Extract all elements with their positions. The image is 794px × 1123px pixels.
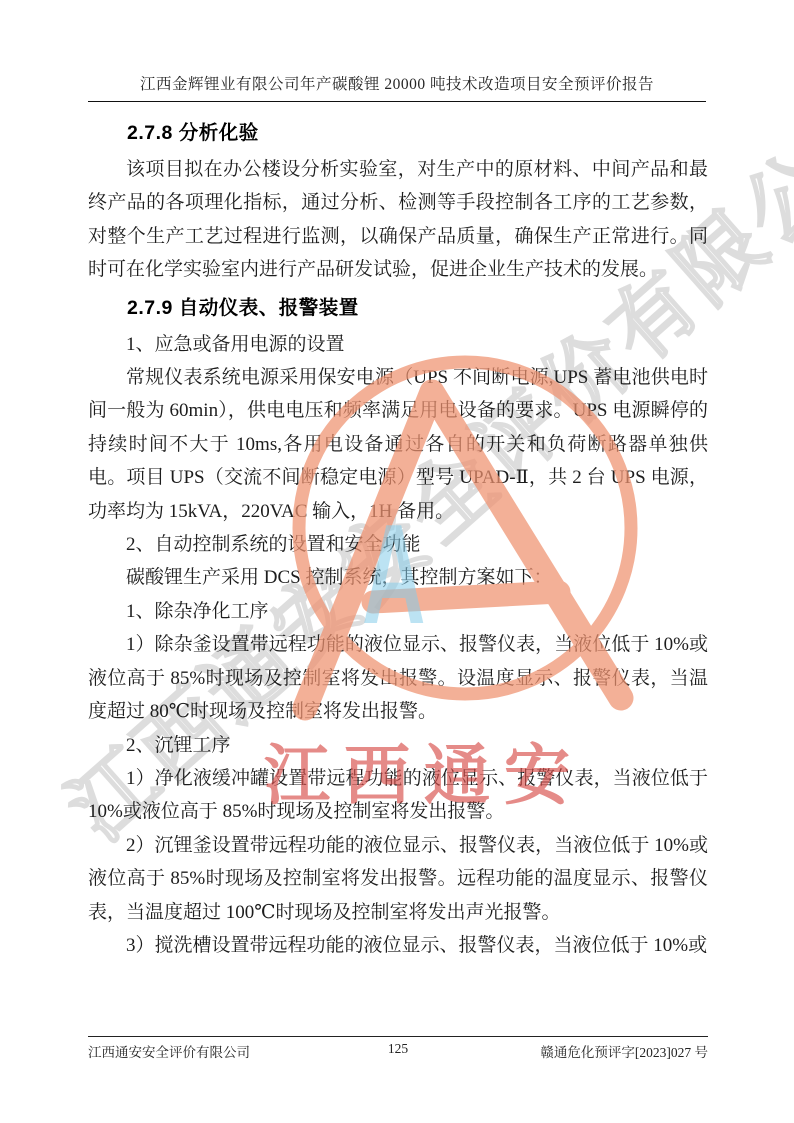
header-title: 江西金辉锂业有限公司年产碳酸锂 20000 吨技术改造项目安全预评价报告 [88, 72, 706, 94]
paragraph: 2、沉锂工序 [88, 729, 708, 762]
paragraph: 该项目拟在办公楼设分析实验室，对生产中的原材料、中间产品和最终产品的各项理化指标… [88, 153, 708, 287]
paragraph: 1、应急或备用电源的设置 [88, 328, 708, 361]
paragraph: 1）除杂釜设置带远程功能的液位显示、报警仪表，当液位低于 10%或液位高于 85… [88, 628, 708, 728]
section-heading: 2.7.8 分析化验 [88, 115, 708, 151]
paragraph: 1）净化液缓冲罐设置带远程功能的液位显示、报警仪表，当液位低于 10%或液位高于… [88, 762, 708, 829]
section-heading: 2.7.9 自动仪表、报警装置 [88, 290, 708, 326]
footer-doc-number: 赣通危化预评字[2023]027 号 [540, 1041, 708, 1061]
footer-company: 江西通安安全评价有限公司 [88, 1041, 250, 1061]
paragraph: 碳酸锂生产采用 DCS 控制系统，其控制方案如下： [88, 561, 708, 594]
document-page: 江西通安安全评价有限公司 江西金辉锂业有限公司年产碳酸锂 20000 吨技术改造… [0, 0, 794, 1123]
page-header: 江西金辉锂业有限公司年产碳酸锂 20000 吨技术改造项目安全预评价报告 [88, 72, 706, 102]
header-rule [88, 101, 706, 102]
page-footer: 125 江西通安安全评价有限公司 赣通危化预评字[2023]027 号 [88, 1036, 708, 1061]
paragraph: 常规仪表系统电源采用保安电源（UPS 不间断电源,UPS 蓄电池供电时间一般为 … [88, 361, 708, 528]
paragraph: 2）沉锂釜设置带远程功能的液位显示、报警仪表，当液位低于 10%或液位高于 85… [88, 829, 708, 929]
paragraph: 3）搅洗槽设置带远程功能的液位显示、报警仪表，当液位低于 10%或 [88, 929, 708, 962]
paragraph: 1、除杂净化工序 [88, 595, 708, 628]
document-body: 2.7.8 分析化验该项目拟在办公楼设分析实验室，对生产中的原材料、中间产品和最… [88, 112, 708, 962]
paragraph: 2、自动控制系统的设置和安全功能 [88, 528, 708, 561]
